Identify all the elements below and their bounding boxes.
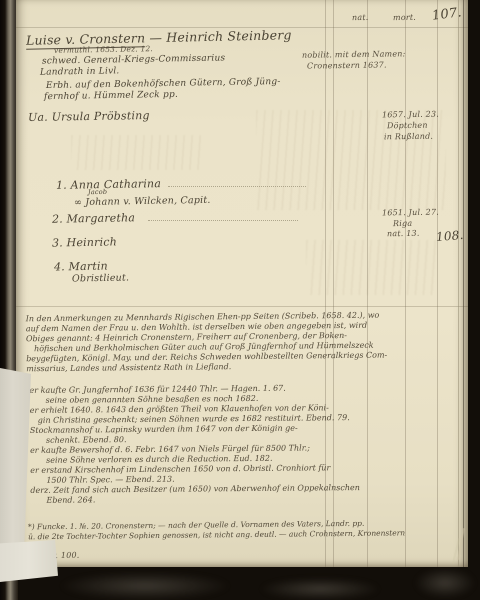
husband-line: Erbh. auf den Bokenhöfschen Gütern, Groß… [46, 77, 281, 91]
wife-margin-note: Döptchen [387, 121, 428, 131]
wife-name: Ua. Ursula Pröbsting [28, 109, 150, 124]
loose-sheet [0, 540, 58, 582]
child-number: 2. [52, 213, 63, 226]
wife-margin-note: 1657. Jul. 23. [382, 110, 439, 120]
wife-margin-note: in Rußland. [384, 132, 433, 142]
child-margin-note: 1651. Jul. 27. [382, 208, 439, 218]
child-name: Anna Catharina [71, 177, 162, 192]
child-number: 4. [54, 260, 65, 273]
column-header-nat: nat. [352, 13, 369, 22]
dotted-rule [168, 186, 306, 187]
manuscript-page: nat. mort. 107. Luise v. Cronstern — Hei… [16, 0, 468, 567]
title-dash: — [145, 30, 166, 45]
child-sub-correction: Jacob [88, 188, 107, 196]
child-entry: 1. Anna Catharina [56, 177, 161, 192]
child-name: Martin [68, 260, 108, 274]
nobility-note: nobilit. mit dem Namen: [302, 49, 406, 59]
column-header-mort: mort. [393, 13, 416, 22]
child-entry: 4. Martin [54, 260, 108, 274]
background-glare [60, 572, 230, 600]
child-entry: 3. Heinrich [52, 235, 117, 249]
child-margin-note: Riga [393, 219, 412, 228]
child-marriage: ∞ Johann v. Wilcken, Capit. [74, 195, 211, 208]
child-number: 1. [56, 179, 67, 192]
dotted-rule [148, 220, 298, 221]
husband-line: fernhof u. Hümmel Zeck pp. [44, 90, 178, 102]
background-glare [260, 578, 380, 600]
acquisitions-paragraph: er kaufte Gr. Jungfernhof 1636 für 12440… [29, 382, 466, 506]
child-title: Obristlieut. [72, 273, 129, 285]
child-name: Heinrich [66, 235, 117, 249]
child-entry: 2. Margaretha [52, 211, 135, 225]
manuscript-photo: nat. mort. 107. Luise v. Cronstern — Hei… [0, 0, 480, 600]
child-name: Margaretha [67, 211, 136, 225]
husband-line: schwed. General-Kriegs-Commissarius [42, 53, 225, 66]
groom-name: Heinrich Steinberg [166, 27, 292, 45]
annotation-paragraph: In den Anmerkungen zu Mennhards Rigische… [26, 310, 465, 375]
child-margin-note: nat. 13. [387, 229, 420, 238]
footnote: *) Funcke. 1. №. 20. Cronenstern; — nach… [28, 518, 468, 542]
husband-line: Landrath in Livl. [40, 66, 120, 77]
cross-reference-page: 108. [435, 228, 464, 244]
nobility-note: Cronenstern 1637. [307, 60, 387, 70]
child-number: 3. [52, 236, 63, 249]
background-glare [415, 568, 475, 598]
section-rule [16, 306, 468, 307]
marriage-date: vermuthl. 1653. Dez. 12. [54, 44, 153, 55]
ink-bleed [71, 135, 201, 170]
